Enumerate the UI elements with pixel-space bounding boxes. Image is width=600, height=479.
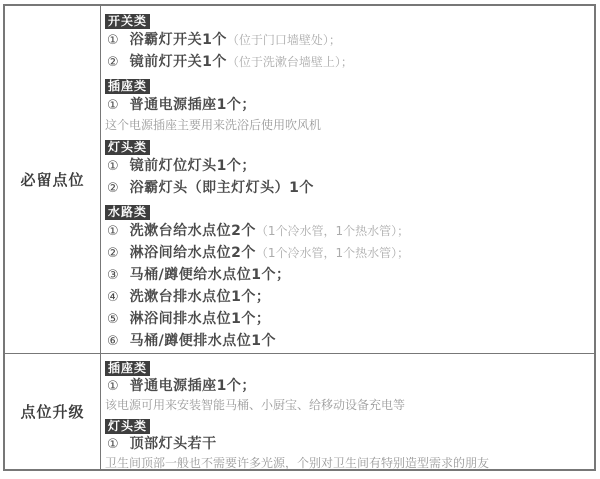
item-text: 浴霸灯头（即主灯灯头）1个 xyxy=(130,180,314,196)
item-text: 马桶/蹲便排水点位1个 xyxy=(130,333,276,349)
item-number: ① xyxy=(107,30,119,52)
category-badge: 插座类 xyxy=(105,361,150,376)
note-text: 这个电源插座主要用来洗浴后使用吹风机 xyxy=(105,116,588,134)
list-item: ②淋浴间给水点位2个（1个冷水管，1个热水管）； xyxy=(105,242,588,264)
list-item: ②镜前灯开关1个（位于洗漱台墙壁上）； xyxy=(105,51,588,73)
item-text: 洗漱台排水点位1个； xyxy=(130,289,271,305)
item-text: 顶部灯头若干 xyxy=(130,436,217,452)
item-number: ① xyxy=(107,221,119,243)
row-content: 开关类 ①浴霸灯开关1个（位于门口墙壁处）； ②镜前灯开关1个（位于洗漱台墙壁上… xyxy=(101,6,594,353)
category-badge-line: 插座类 xyxy=(105,356,588,376)
list-item: ⑤淋浴间排水点位1个； xyxy=(105,308,588,330)
note-text: 卫生间顶部一般也不需要许多光源，个别对卫生间有特别造型需求的朋友 xyxy=(105,455,588,469)
list-item: ④洗漱台排水点位1个； xyxy=(105,286,588,308)
row-content: 插座类 ①普通电源插座1个； 该电源可用来安装智能马桶、小厨宝、给移动设备充电等… xyxy=(101,354,594,469)
category-badge: 开关类 xyxy=(105,14,150,29)
table-row: 必留点位 开关类 ①浴霸灯开关1个（位于门口墙壁处）； ②镜前灯开关1个（位于洗… xyxy=(5,6,594,353)
category-badge-line: 灯头类 xyxy=(105,414,588,434)
item-suffix: （位于门口墙壁处）； xyxy=(227,33,341,47)
category-badge: 水路类 xyxy=(105,205,150,220)
item-number: ④ xyxy=(107,287,119,309)
item-number: ① xyxy=(107,95,119,117)
table-row: 点位升级 插座类 ①普通电源插座1个； 该电源可用来安装智能马桶、小厨宝、给移动… xyxy=(5,353,594,469)
item-text: 普通电源插座1个； xyxy=(130,378,256,394)
category-badge: 灯头类 xyxy=(105,140,150,155)
item-text: 浴霸灯开关1个 xyxy=(130,32,227,48)
item-suffix: （位于洗漱台墙壁上）； xyxy=(227,55,353,69)
list-item: ⑥马桶/蹲便排水点位1个 xyxy=(105,330,588,352)
note-text: 该电源可用来安装智能马桶、小厨宝、给移动设备充电等 xyxy=(105,397,588,414)
list-item: ③马桶/蹲便给水点位1个； xyxy=(105,264,588,286)
item-number: ⑥ xyxy=(107,331,119,353)
category-badge-line: 插座类 xyxy=(105,73,588,94)
item-number: ② xyxy=(107,52,119,74)
row-label: 点位升级 xyxy=(5,354,101,469)
list-item: ①普通电源插座1个； xyxy=(105,376,588,397)
item-number: ② xyxy=(107,243,119,265)
item-number: ⑤ xyxy=(107,309,119,331)
item-number: ① xyxy=(107,434,119,455)
item-text: 镜前灯位灯头1个； xyxy=(130,158,256,174)
item-suffix: （1个冷水管，1个热水管）； xyxy=(256,224,409,238)
list-item: ①镜前灯位灯头1个； xyxy=(105,155,588,177)
list-item: ①普通电源插座1个； xyxy=(105,94,588,116)
category-badge: 插座类 xyxy=(105,79,150,94)
item-text: 马桶/蹲便给水点位1个； xyxy=(130,267,291,283)
item-text: 洗漱台给水点位2个 xyxy=(130,223,256,239)
category-badge-line: 灯头类 xyxy=(105,134,588,155)
item-number: ① xyxy=(107,156,119,178)
list-item: ①洗漱台给水点位2个（1个冷水管，1个热水管）； xyxy=(105,220,588,242)
list-item: ②浴霸灯头（即主灯灯头）1个 xyxy=(105,177,588,199)
list-item: ①浴霸灯开关1个（位于门口墙壁处）； xyxy=(105,29,588,51)
item-text: 淋浴间给水点位2个 xyxy=(130,245,256,261)
category-badge: 灯头类 xyxy=(105,419,150,434)
category-badge-line: 开关类 xyxy=(105,8,588,29)
list-item: ①顶部灯头若干 xyxy=(105,434,588,455)
item-text: 淋浴间排水点位1个； xyxy=(130,311,271,327)
item-number: ③ xyxy=(107,265,119,287)
item-number: ② xyxy=(107,178,119,200)
item-text: 普通电源插座1个； xyxy=(130,97,256,113)
item-suffix: （1个冷水管，1个热水管）； xyxy=(256,246,409,260)
item-text: 镜前灯开关1个 xyxy=(130,54,227,70)
category-badge-line: 水路类 xyxy=(105,199,588,220)
item-number: ① xyxy=(107,376,119,397)
points-spec-table: 必留点位 开关类 ①浴霸灯开关1个（位于门口墙壁处）； ②镜前灯开关1个（位于洗… xyxy=(3,4,596,471)
row-label: 必留点位 xyxy=(5,6,101,353)
